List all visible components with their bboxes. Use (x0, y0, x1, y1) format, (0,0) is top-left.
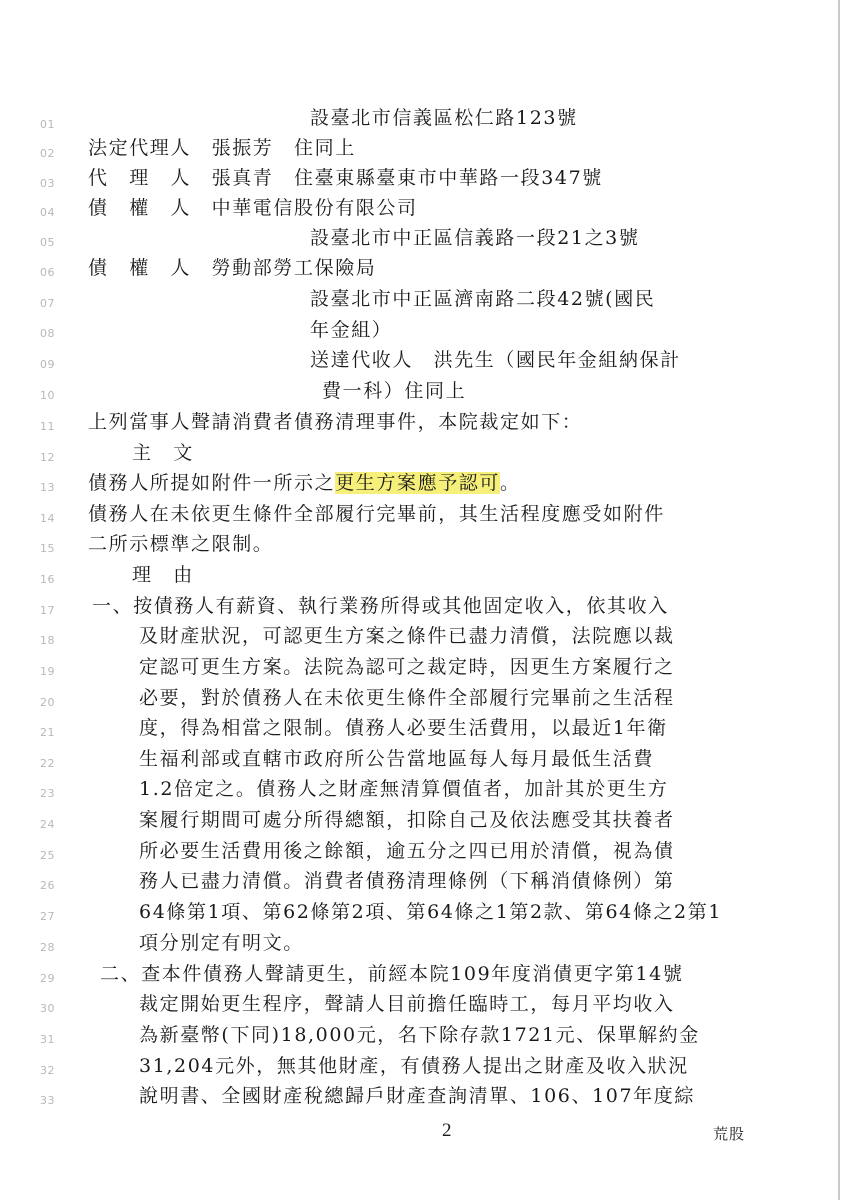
address-line: 設臺北市中正區濟南路二段42號(國民 (310, 287, 655, 311)
line-number: 18 (40, 634, 66, 647)
party-line: 代 理 人 張真青 住臺東縣臺東市中華路一段347號 (88, 166, 603, 190)
document-page: 01 02 03 04 05 06 07 08 09 10 11 12 13 1… (0, 0, 848, 1200)
party-line: 債 權 人 中華電信股份有限公司 (88, 196, 418, 220)
line-number: 30 (40, 1002, 66, 1015)
reason-line: 64條第1項、第62條第2項、第64條之1第2款、第64條之2第1 (139, 900, 722, 924)
line-number: 01 (40, 118, 66, 131)
line-number: 10 (40, 389, 66, 402)
line-number: 29 (40, 972, 66, 985)
reason-line: 說明書、全國財產稅總歸戶財產查詢清單、106、107年度綜 (139, 1084, 695, 1108)
reason-line: 1.2倍定之。債務人之財產無清算價值者，加計其於更生方 (139, 777, 668, 801)
line-number: 24 (40, 818, 66, 831)
section-heading-main-text: 主 文 (132, 441, 194, 465)
line-number: 16 (40, 573, 66, 586)
highlighted-text: 更生方案應予認可 (335, 472, 500, 494)
line-number: 28 (40, 941, 66, 954)
reason-line: 二、查本件債務人聲請更生，前經本院109年度消債更字第14號 (100, 962, 683, 986)
address-line: 設臺北市信義區松仁路123號 (310, 106, 578, 130)
reason-line: 所必要生活費用後之餘額，逾五分之四已用於清償，視為債 (139, 839, 675, 863)
reason-line: 一、按債務人有薪資、執行業務所得或其他固定收入，依其收入 (92, 594, 669, 618)
agent-line: 費一科）住同上 (322, 379, 466, 403)
line-number: 17 (40, 604, 66, 617)
line-number: 04 (40, 206, 66, 219)
line-number: 27 (40, 910, 66, 923)
page-edge-line (838, 0, 840, 1200)
line-number: 22 (40, 757, 66, 770)
reason-line: 裁定開始更生程序，聲請人目前擔任臨時工，每月平均收入 (139, 992, 675, 1016)
line-number: 14 (40, 512, 66, 525)
line-number: 19 (40, 665, 66, 678)
section-heading-reasons: 理 由 (132, 563, 194, 587)
party-line: 法定代理人 張振芳 住同上 (88, 136, 356, 160)
ruling-text-end: 。 (500, 472, 521, 494)
reason-line: 務人已盡力清償。消費者債務清理條例（下稱消債條例）第 (139, 869, 675, 893)
intro-line: 上列當事人聲請消費者債務清理事件，本院裁定如下： (88, 410, 582, 434)
line-number: 07 (40, 297, 66, 310)
line-number: 13 (40, 481, 66, 494)
reason-line: 31,204元外，無其他財產，有債務人提出之財產及收入狀況 (139, 1054, 689, 1078)
reason-line: 項分別定有明文。 (139, 931, 304, 955)
ruling-line: 二所示標準之限制。 (88, 532, 273, 556)
party-line: 債 權 人 勞動部勞工保險局 (88, 256, 376, 280)
line-number: 33 (40, 1094, 66, 1107)
ruling-line-highlighted: 債務人所提如附件一所示之更生方案應予認可。 (88, 471, 521, 495)
line-number: 06 (40, 266, 66, 279)
line-number: 32 (40, 1064, 66, 1077)
reason-line: 定認可更生方案。法院為認可之裁定時，因更生方案履行之 (139, 655, 675, 679)
line-number: 15 (40, 542, 66, 555)
reason-line: 為新臺幣(下同)18,000元，名下除存款1721元、保單解約金 (139, 1023, 700, 1047)
line-number: 20 (40, 696, 66, 709)
agent-line: 送達代收人 洪先生（國民年金組納保計 (310, 348, 681, 372)
reason-line: 案履行期間可處分所得總額，扣除自己及依法應受其扶養者 (139, 808, 675, 832)
reason-line: 度，得為相當之限制。債務人必要生活費用，以最近1年衛 (139, 716, 668, 740)
ruling-line: 債務人在未依更生條件全部履行完畢前，其生活程度應受如附件 (88, 502, 665, 526)
ruling-text: 債務人所提如附件一所示之 (88, 472, 335, 494)
line-number: 25 (40, 849, 66, 862)
line-number: 09 (40, 358, 66, 371)
line-number: 03 (40, 177, 66, 190)
line-number: 11 (40, 420, 66, 433)
line-number: 12 (40, 451, 66, 464)
line-number: 02 (40, 147, 66, 160)
office-code: 荒股 (713, 1123, 745, 1144)
line-number: 23 (40, 787, 66, 800)
line-number: 05 (40, 236, 66, 249)
line-number: 08 (40, 327, 66, 340)
reason-line: 生福利部或直轄市政府所公告當地區每人每月最低生活費 (139, 747, 654, 771)
line-number: 31 (40, 1033, 66, 1046)
line-number: 26 (40, 879, 66, 892)
reason-line: 必要，對於債務人在未依更生條件全部履行完畢前之生活程 (139, 686, 675, 710)
line-number: 21 (40, 726, 66, 739)
address-line: 設臺北市中正區信義路一段21之3號 (310, 226, 639, 250)
page-number: 2 (442, 1120, 452, 1142)
address-line: 年金組） (310, 318, 392, 342)
reason-line: 及財產狀況，可認更生方案之條件已盡力清償，法院應以裁 (139, 624, 675, 648)
